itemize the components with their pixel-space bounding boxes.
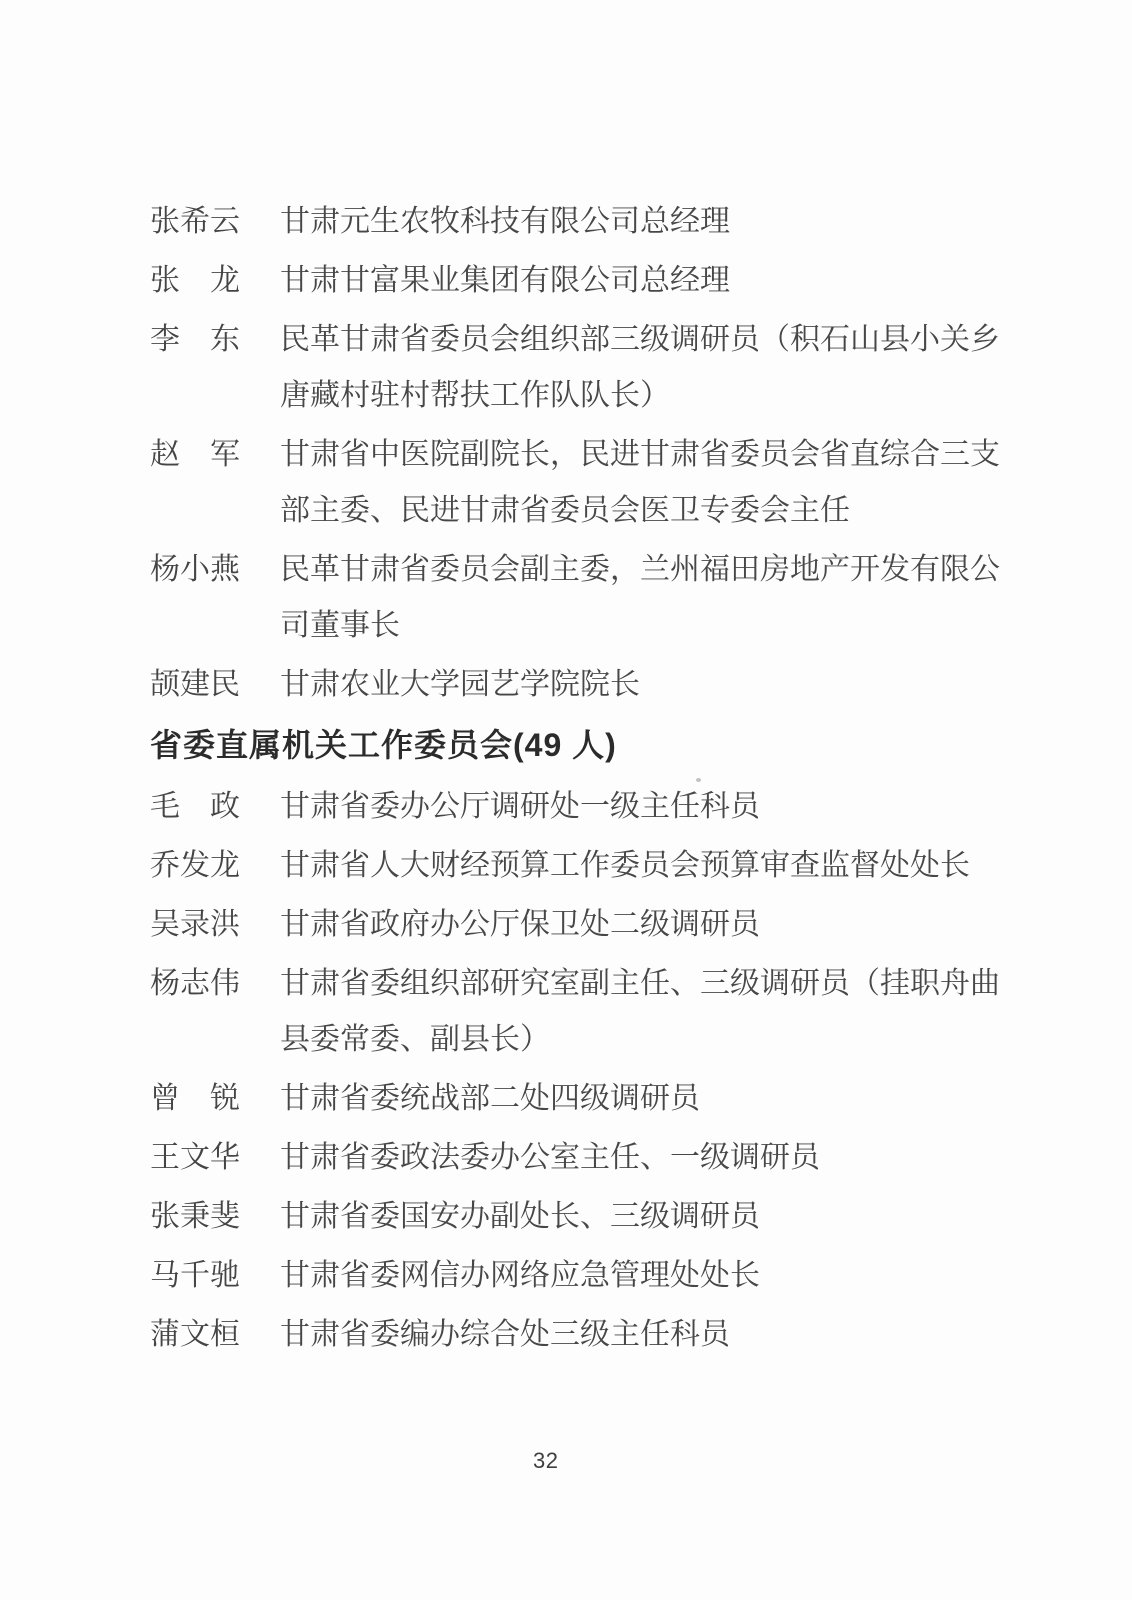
list-item: 吴录洪 甘肃省政府办公厅保卫处二级调研员 [150,897,1018,953]
list-item: 张 龙 甘肃甘富果业集团有限公司总经理 [150,253,1018,309]
person-name: 吴录洪 [150,897,242,953]
person-name: 赵 军 [150,427,242,483]
honoree-list: 张希云 甘肃元生农牧科技有限公司总经理 张 龙 甘肃甘富果业集团有限公司总经理 … [150,194,1018,1366]
person-title: 甘肃甘富果业集团有限公司总经理 [280,253,1014,309]
list-item: 乔发龙 甘肃省人大财经预算工作委员会预算审查监督处处长 [150,838,1018,894]
person-name: 王文华 [150,1130,242,1186]
person-title: 甘肃农业大学园艺学院院长 [280,657,1014,713]
person-name: 杨志伟 [150,956,242,1012]
person-name: 蒲文桓 [150,1307,242,1363]
person-title: 甘肃省委编办综合处三级主任科员 [280,1307,1014,1363]
list-item: 曾 锐 甘肃省委统战部二处四级调研员 [150,1071,1018,1127]
person-name: 李 东 [150,312,242,368]
person-name: 乔发龙 [150,838,242,894]
list-item: 张秉斐 甘肃省委国安办副处长、三级调研员 [150,1189,1018,1245]
person-title: 民革甘肃省委员会组织部三级调研员（积石山县小关乡唐藏村驻村帮扶工作队队长） [280,312,1014,424]
person-name: 张 龙 [150,253,242,309]
person-title: 甘肃省政府办公厅保卫处二级调研员 [280,897,1014,953]
scan-speck [696,778,701,782]
person-name: 曾 锐 [150,1071,242,1127]
list-item: 马千驰 甘肃省委网信办网络应急管理处处长 [150,1248,1018,1304]
list-item: 蒲文桓 甘肃省委编办综合处三级主任科员 [150,1307,1018,1363]
list-item: 李 东 民革甘肃省委员会组织部三级调研员（积石山县小关乡唐藏村驻村帮扶工作队队长… [150,312,1018,424]
person-title: 甘肃省委网信办网络应急管理处处长 [280,1248,1014,1304]
list-item: 张希云 甘肃元生农牧科技有限公司总经理 [150,194,1018,250]
person-title: 甘肃元生农牧科技有限公司总经理 [280,194,1014,250]
person-title: 甘肃省委政法委办公室主任、一级调研员 [280,1130,1014,1186]
list-item: 毛 政 甘肃省委办公厅调研处一级主任科员 [150,779,1018,835]
person-name: 马千驰 [150,1248,242,1304]
list-item: 颉建民 甘肃农业大学园艺学院院长 [150,657,1018,713]
person-title: 甘肃省委国安办副处长、三级调研员 [280,1189,1014,1245]
person-name: 颉建民 [150,657,242,713]
person-title: 甘肃省委统战部二处四级调研员 [280,1071,1014,1127]
person-name: 杨小燕 [150,542,242,598]
person-title: 甘肃省委组织部研究室副主任、三级调研员（挂职舟曲县委常委、副县长） [280,956,1014,1068]
person-title: 甘肃省委办公厅调研处一级主任科员 [280,779,1014,835]
person-title: 民革甘肃省委员会副主委，兰州福田房地产开发有限公司董事长 [280,542,1014,654]
person-title: 甘肃省中医院副院长，民进甘肃省委员会省直综合三支部主委、民进甘肃省委员会医卫专委… [280,427,1014,539]
document-page: 张希云 甘肃元生农牧科技有限公司总经理 张 龙 甘肃甘富果业集团有限公司总经理 … [0,0,1132,1600]
list-item: 赵 军 甘肃省中医院副院长，民进甘肃省委员会省直综合三支部主委、民进甘肃省委员会… [150,427,1018,539]
section-heading: 省委直属机关工作委员会(49 人) [150,716,1018,774]
list-item: 王文华 甘肃省委政法委办公室主任、一级调研员 [150,1130,1018,1186]
person-title: 甘肃省人大财经预算工作委员会预算审查监督处处长 [280,838,1014,894]
person-name: 张希云 [150,194,242,250]
page-number: 32 [533,1448,593,1474]
list-item: 杨志伟 甘肃省委组织部研究室副主任、三级调研员（挂职舟曲县委常委、副县长） [150,956,1018,1068]
person-name: 毛 政 [150,779,242,835]
list-item: 杨小燕 民革甘肃省委员会副主委，兰州福田房地产开发有限公司董事长 [150,542,1018,654]
person-name: 张秉斐 [150,1189,242,1245]
